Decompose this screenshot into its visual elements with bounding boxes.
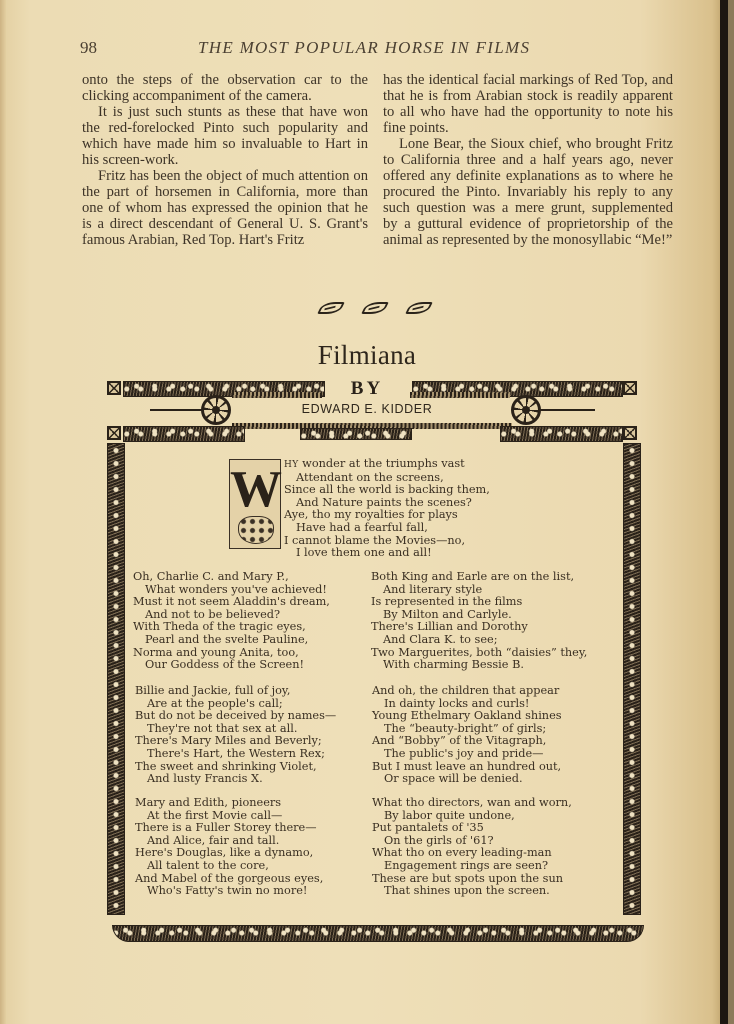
verse-line: Billie and Jackie, full of joy, [135,685,375,698]
stanza: Billie and Jackie, full of joy, Are at t… [135,685,375,786]
drop-cap-letter: W [230,464,280,516]
poem-title: Filmiana [0,340,734,371]
leaf-ornament-icon [317,302,345,314]
article-column-right: has the identical facial markings of Red… [383,72,673,248]
verse-line: And Clara K. to see; [371,634,611,647]
verse-line: Young Ethelmary Oakland shines [372,710,612,723]
frame-band-mid-right [500,426,623,442]
verse-line: All talent to the core, [135,860,375,873]
verse-line: There is a Fuller Storey there— [135,822,375,835]
paragraph: Lone Bear, the Sioux chief, who brought … [383,136,673,248]
verse-line: There's Hart, the Western Rex; [135,748,375,761]
page-number: 98 [80,38,97,58]
frame-side-left [107,443,125,915]
paragraph: Fritz has been the object of much attent… [82,168,368,248]
verse-line: Or space will be denied. [372,773,612,786]
verse-line: With charming Bessie B. [371,659,611,672]
verse-line: Both King and Earle are on the list, [371,571,611,584]
frame-band-mid-center [300,428,412,440]
verse-line: Put pantalets of '35 [372,822,612,835]
stanza: Both King and Earle are on the list, And… [371,571,611,672]
paragraph: has the identical facial markings of Red… [383,72,673,136]
verse-line: Oh, Charlie C. and Mary P., [133,571,373,584]
drop-cap-continuation: HY [284,460,299,470]
verse-line: Since all the world is backing them, [284,484,544,497]
verse-line-text: wonder at the triumphs vast [299,457,465,470]
verse-line: Our Goddess of the Screen! [133,659,373,672]
stanza: Mary and Edith, pioneers At the first Mo… [135,797,375,898]
verse-line: Engagement rings are seen? [372,860,612,873]
author-name: EDWARD E. KIDDER [0,402,734,416]
verse-line: And lusty Francis X. [135,773,375,786]
verse-line: HY wonder at the triumphs vast [284,458,544,472]
corner-ornament-icon [623,426,637,440]
stanza: What tho directors, wan and worn, By lab… [372,797,612,898]
article-column-left: onto the steps of the observation car to… [82,72,368,248]
intro-stanza: HY wonder at the triumphs vast Attendant… [284,458,544,560]
frame-side-right [623,443,641,915]
page-left-edge [0,0,6,1024]
byline-label: BY [0,378,734,400]
verse-line: Have had a fearful fall, [284,522,544,535]
frame-band-bottom [112,925,644,942]
verse-line: That shines upon the screen. [372,885,612,898]
verse-line: What tho directors, wan and worn, [372,797,612,810]
stanza: Oh, Charlie C. and Mary P., What wonders… [133,571,373,672]
paragraph: onto the steps of the observation car to… [82,72,368,104]
floral-ornament-icon [238,516,274,544]
corner-ornament-icon [107,426,121,440]
leaf-ornament-icon [405,302,433,314]
running-head: 98 THE MOST POPULAR HORSE IN FILMS [80,38,640,60]
verse-line: Pearl and the svelte Pauline, [133,634,373,647]
verse-line: Mary and Edith, pioneers [135,797,375,810]
adjacent-page-edge [728,0,734,1024]
section-break-ornaments [320,302,430,322]
paragraph: It is just such stunts as these that hav… [82,104,368,168]
drop-cap: W [229,459,281,549]
verse-line: Must it not seem Aladdin's dream, [133,596,373,609]
stanza: And oh, the children that appear In dain… [372,685,612,786]
running-title: THE MOST POPULAR HORSE IN FILMS [198,38,530,58]
frame-band-mid-left [123,426,245,442]
verse-line: I love them one and all! [284,547,544,560]
book-spine [720,0,728,1024]
verse-line: But do not be deceived by names— [135,710,375,723]
verse-line: Who's Fatty's twin no more! [135,885,375,898]
verse-line: Is represented in the films [371,596,611,609]
leaf-ornament-icon [361,302,389,314]
verse-line: And oh, the children that appear [372,685,612,698]
verse-line: The public's joy and pride— [372,748,612,761]
